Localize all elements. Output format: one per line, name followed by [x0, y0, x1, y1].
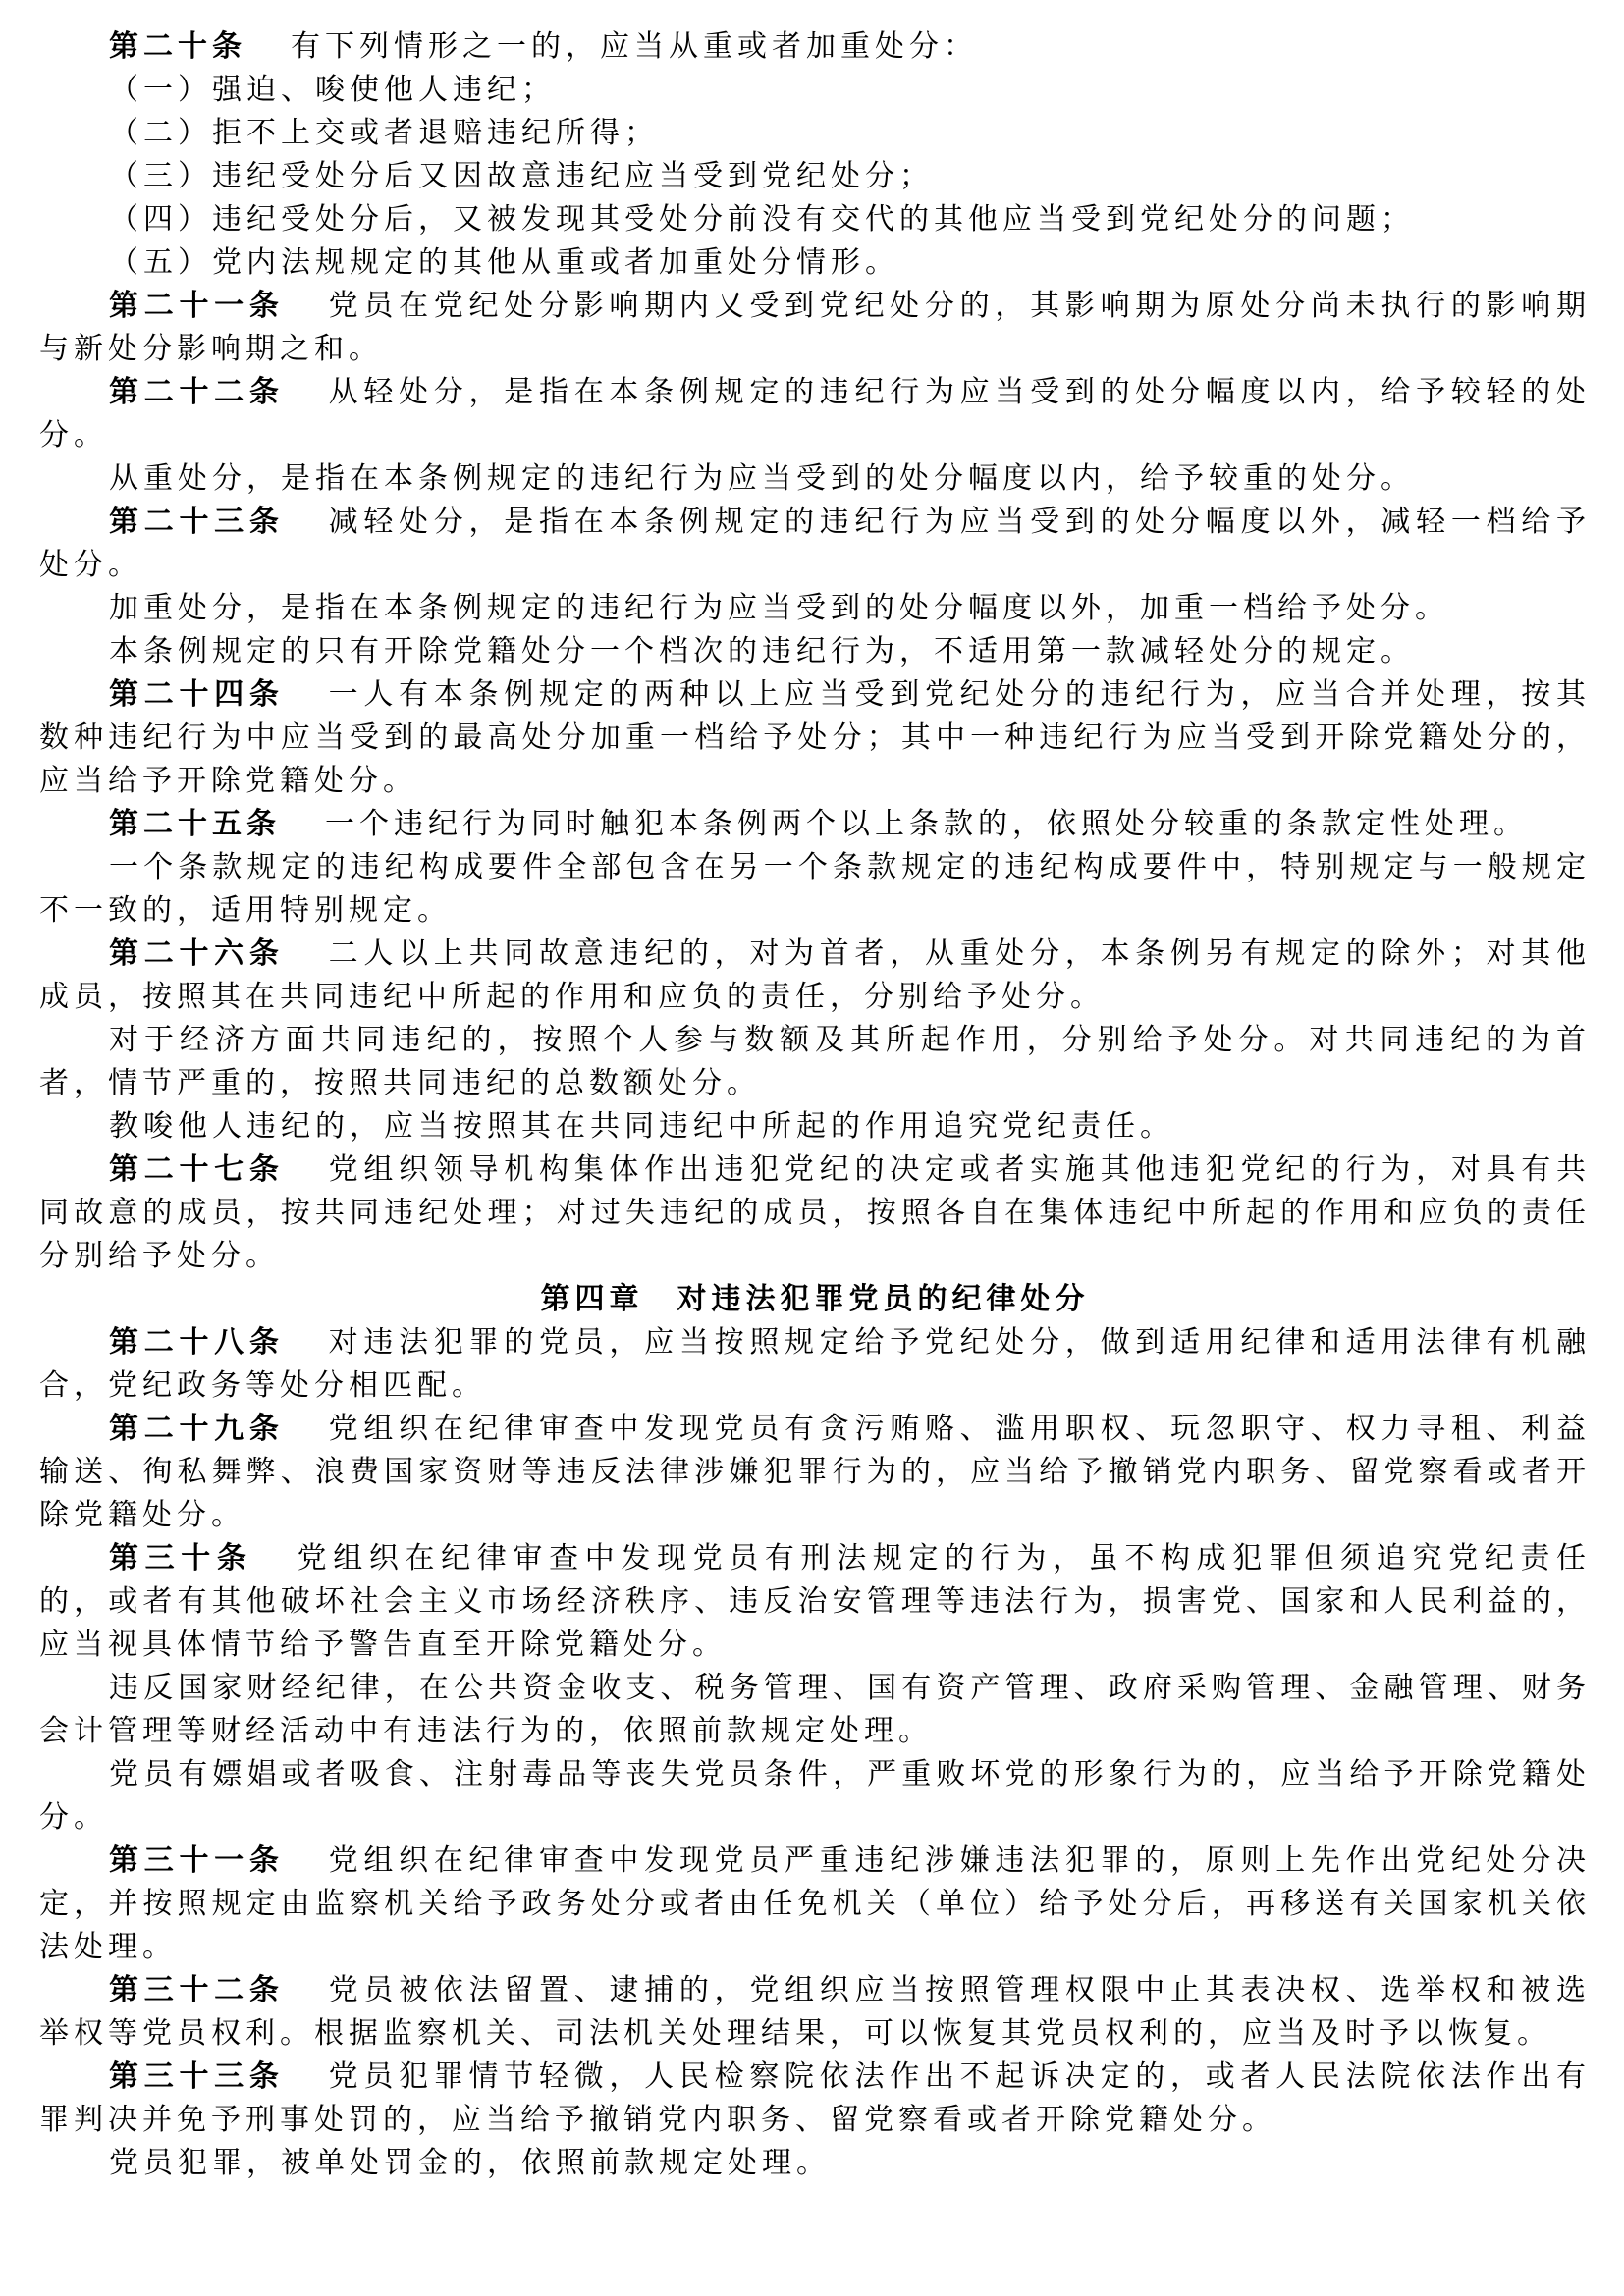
paragraph-text: （五）党内法规规定的其他从重或者加重处分情形。: [109, 246, 899, 279]
article-paragraph: 第二十三条减轻处分，是指在本条例规定的违纪行为应当受到的处分幅度以外，减轻一档给…: [39, 501, 1591, 587]
paragraph-text: 党员犯罪，被单处罚金的，依照前款规定处理。: [109, 2147, 831, 2179]
article-paragraph: 第二十二条从轻处分，是指在本条例规定的违纪行为应当受到的处分幅度以内，给予较轻的…: [39, 371, 1591, 457]
paragraph-text: 违反国家财经纪律，在公共资金收支、税务管理、国有资产管理、政府采购管理、金融管理…: [39, 1672, 1591, 1747]
paragraph-text: 教唆他人违纪的，应当按照其在共同违纪中所起的作用追究党纪责任。: [109, 1110, 1174, 1143]
article-paragraph: 第二十条有下列情形之一的，应当从重或者加重处分：: [39, 26, 1591, 69]
body-paragraph: 教唆他人违纪的，应当按照其在共同违纪中所起的作用追究党纪责任。: [39, 1105, 1591, 1148]
body-paragraph: 本条例规定的只有开除党籍处分一个档次的违纪行为，不适用第一款减轻处分的规定。: [39, 630, 1591, 673]
paragraph-text: （三）违纪受处分后又因故意违纪应当受到党纪处分；: [109, 160, 934, 192]
article-number: 第二十七条: [109, 1153, 285, 1186]
body-paragraph: 党员犯罪，被单处罚金的，依照前款规定处理。: [39, 2142, 1591, 2185]
document-body: 第二十条有下列情形之一的，应当从重或者加重处分：（一）强迫、唆使他人违纪；（二）…: [39, 26, 1591, 2185]
paragraph-text: （二）拒不上交或者退赔违纪所得；: [109, 117, 659, 149]
article-paragraph: 第二十一条党员在党纪处分影响期内又受到党纪处分的，其影响期为原处分尚未执行的影响…: [39, 285, 1591, 371]
article-paragraph: 第二十四条一人有本条例规定的两种以上应当受到党纪处分的违纪行为，应当合并处理，按…: [39, 673, 1591, 803]
article-number: 第二十一条: [109, 290, 285, 322]
article-number: 第二十五条: [109, 808, 281, 840]
article-paragraph: 第二十六条二人以上共同故意违纪的，对为首者，从重处分，本条例另有规定的除外；对其…: [39, 933, 1591, 1019]
paragraph-text: 对违法犯罪党员的纪律处分: [677, 1283, 1090, 1315]
chapter-heading: 第四章对违法犯罪党员的纪律处分: [39, 1278, 1591, 1321]
list-item-paragraph: （四）违纪受处分后，又被发现其受处分前没有交代的其他应当受到党纪处分的问题；: [39, 198, 1591, 241]
paragraph-text: 有下列情形之一的，应当从重或者加重处分：: [291, 30, 978, 63]
article-number: 第二十二条: [109, 376, 285, 408]
article-number: 第三十一条: [109, 1844, 285, 1877]
article-number: 第二十四条: [109, 678, 285, 711]
body-paragraph: 从重处分，是指在本条例规定的违纪行为应当受到的处分幅度以内，给予较重的处分。: [39, 457, 1591, 501]
paragraph-text: （一）强迫、唆使他人违纪；: [109, 74, 556, 106]
article-paragraph: 第三十条党组织在纪律审查中发现党员有刑法规定的行为，虽不构成犯罪但须追究党纪责任…: [39, 1537, 1591, 1667]
paragraph-text: 从重处分，是指在本条例规定的违纪行为应当受到的处分幅度以内，给予较重的处分。: [109, 462, 1415, 495]
list-item-paragraph: （五）党内法规规定的其他从重或者加重处分情形。: [39, 241, 1591, 285]
article-paragraph: 第二十九条党组织在纪律审查中发现党员有贪污贿赂、滥用职权、玩忽职守、权力寻租、利…: [39, 1408, 1591, 1537]
article-paragraph: 第二十五条一个违纪行为同时触犯本条例两个以上条款的，依照处分较重的条款定性处理。: [39, 803, 1591, 846]
paragraph-text: 加重处分，是指在本条例规定的违纪行为应当受到的处分幅度以外，加重一档给予处分。: [109, 592, 1449, 624]
article-paragraph: 第二十八条对违法犯罪的党员，应当按照规定给予党纪处分，做到适用纪律和适用法律有机…: [39, 1321, 1591, 1408]
paragraph-text: 党组织在纪律审查中发现党员有刑法规定的行为，虽不构成犯罪但须追究党纪责任的，或者…: [39, 1542, 1591, 1661]
article-paragraph: 第三十一条党组织在纪律审查中发现党员严重违纪涉嫌违法犯罪的，原则上先作出党纪处分…: [39, 1840, 1591, 1969]
paragraph-text: 党员有嫖娼或者吸食、注射毒品等丧失党员条件，严重败坏党的形象行为的，应当给予开除…: [39, 1758, 1591, 1834]
paragraph-text: 本条例规定的只有开除党籍处分一个档次的违纪行为，不适用第一款减轻处分的规定。: [109, 635, 1415, 667]
paragraph-text: （四）违纪受处分后，又被发现其受处分前没有交代的其他应当受到党纪处分的问题；: [109, 203, 1415, 236]
paragraph-text: 一个违纪行为同时触犯本条例两个以上条款的，依照处分较重的条款定性处理。: [325, 808, 1528, 840]
article-paragraph: 第二十七条党组织领导机构集体作出违犯党纪的决定或者实施其他违犯党纪的行为，对具有…: [39, 1148, 1591, 1278]
article-number: 第三十三条: [109, 2060, 285, 2093]
chapter-number: 第四章: [541, 1283, 644, 1315]
article-number: 第二十八条: [109, 1326, 285, 1359]
body-paragraph: 一个条款规定的违纪构成要件全部包含在另一个条款规定的违纪构成要件中，特别规定与一…: [39, 846, 1591, 933]
article-number: 第三十条: [109, 1542, 253, 1575]
list-item-paragraph: （一）强迫、唆使他人违纪；: [39, 69, 1591, 112]
body-paragraph: 党员有嫖娼或者吸食、注射毒品等丧失党员条件，严重败坏党的形象行为的，应当给予开除…: [39, 1753, 1591, 1840]
document-page: 第二十条有下列情形之一的，应当从重或者加重处分：（一）强迫、唆使他人违纪；（二）…: [0, 0, 1624, 2296]
list-item-paragraph: （三）违纪受处分后又因故意违纪应当受到党纪处分；: [39, 155, 1591, 198]
paragraph-text: 对于经济方面共同违纪的，按照个人参与数额及其所起作用，分别给予处分。对共同违纪的…: [39, 1024, 1591, 1099]
body-paragraph: 对于经济方面共同违纪的，按照个人参与数额及其所起作用，分别给予处分。对共同违纪的…: [39, 1019, 1591, 1105]
body-paragraph: 加重处分，是指在本条例规定的违纪行为应当受到的处分幅度以外，加重一档给予处分。: [39, 587, 1591, 630]
article-paragraph: 第三十三条党员犯罪情节轻微，人民检察院依法作出不起诉决定的，或者人民法院依法作出…: [39, 2056, 1591, 2142]
article-number: 第二十三条: [109, 506, 285, 538]
paragraph-text: 一个条款规定的违纪构成要件全部包含在另一个条款规定的违纪构成要件中，特别规定与一…: [39, 851, 1591, 927]
article-number: 第二十九条: [109, 1413, 285, 1445]
article-paragraph: 第三十二条党员被依法留置、逮捕的，党组织应当按照管理权限中止其表决权、选举权和被…: [39, 1969, 1591, 2056]
body-paragraph: 违反国家财经纪律，在公共资金收支、税务管理、国有资产管理、政府采购管理、金融管理…: [39, 1667, 1591, 1753]
article-number: 第二十六条: [109, 937, 285, 970]
list-item-paragraph: （二）拒不上交或者退赔违纪所得；: [39, 112, 1591, 155]
article-number: 第三十二条: [109, 1974, 285, 2006]
article-number: 第二十条: [109, 30, 246, 63]
